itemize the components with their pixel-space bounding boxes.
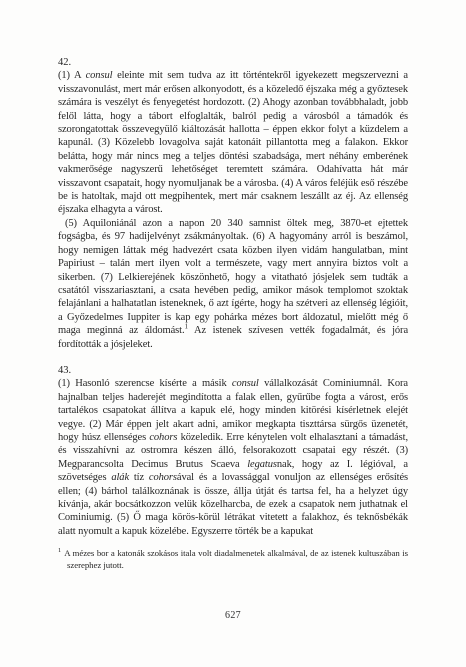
footnote-item: 1A mézes bor a katonák szokásos itala vo…	[58, 548, 408, 572]
footnote-text: A mézes bor a katonák szokásos itala vol…	[64, 548, 408, 570]
page-number: 627	[0, 610, 466, 621]
text-run: eleinte mit sem tudva az itt történtekrő…	[58, 70, 408, 215]
section: 43.(1) Hasonló szerencse kísérte a másik…	[58, 364, 408, 538]
text-run: (1) A	[58, 70, 86, 81]
sections-container: 42.(1) A consul eleinte mit sem tudva az…	[58, 56, 408, 538]
latin-term: consul	[232, 378, 259, 389]
book-page: 42.(1) A consul eleinte mit sem tudva az…	[0, 0, 466, 667]
text-run: (5) Aquiloniánál azon a napon 20 340 sam…	[58, 218, 408, 336]
footnote: 1A mézes bor a katonák szokásos itala vo…	[58, 548, 408, 572]
text-run: tíz	[129, 472, 149, 483]
paragraph: (1) Hasonló szerencse kísérte a másik co…	[58, 377, 408, 538]
latin-term: alák	[111, 472, 129, 483]
latin-term: consul	[86, 70, 113, 81]
section: 42.(1) A consul eleinte mit sem tudva az…	[58, 56, 408, 351]
paragraph: (5) Aquiloniánál azon a napon 20 340 sam…	[58, 217, 408, 351]
latin-term: cohors	[149, 472, 177, 483]
latin-term: legatus	[247, 459, 277, 470]
section-heading: 43.	[58, 364, 408, 377]
text-run: (1) Hasonló szerencse kísérte a másik	[58, 378, 232, 389]
page-content: 42.(1) A consul eleinte mit sem tudva az…	[58, 56, 408, 572]
latin-term: cohors	[149, 432, 177, 443]
paragraph: (1) A consul eleinte mit sem tudva az it…	[58, 69, 408, 216]
section-heading: 42.	[58, 56, 408, 69]
footnote-marker: 1	[58, 547, 61, 554]
